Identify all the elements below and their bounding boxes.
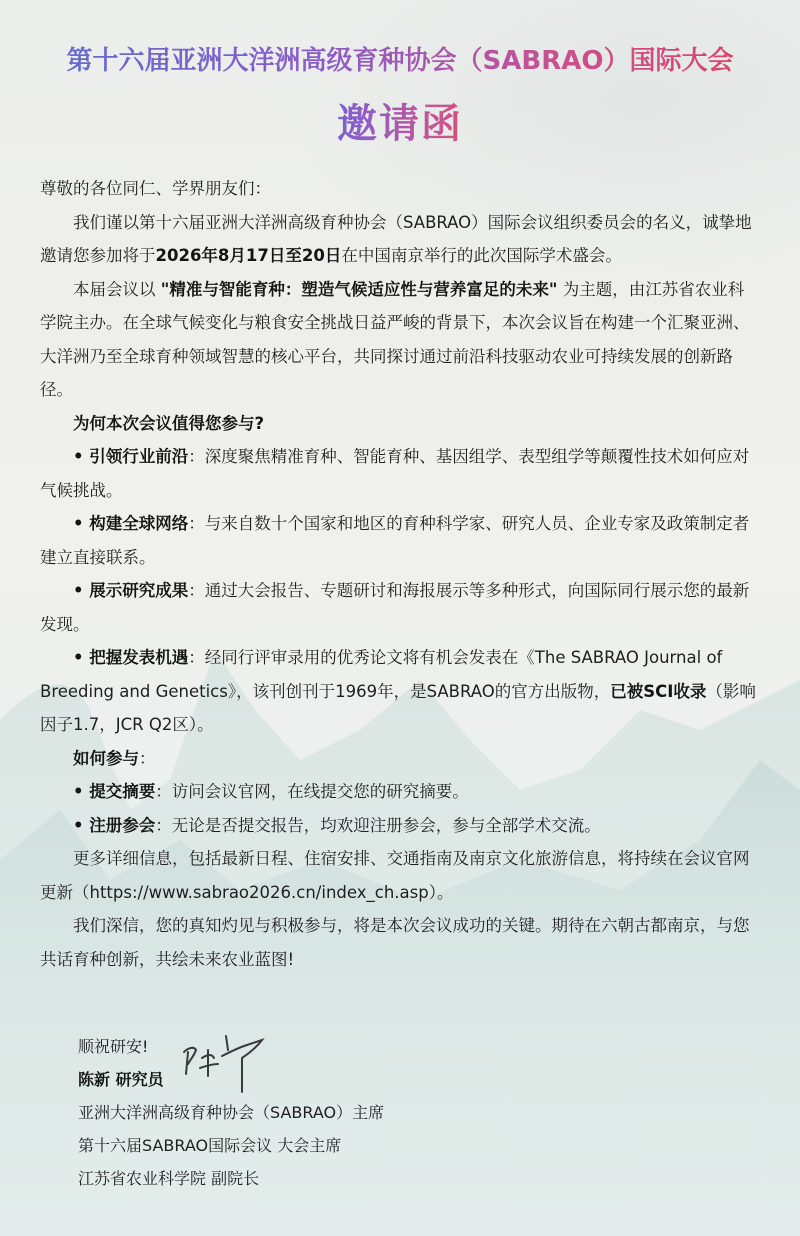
salutation: 尊敬的各位同仁、学界朋友们： xyxy=(40,172,760,206)
conference-theme: "精准与智能育种：塑造气候适应性与营养富足的未来" xyxy=(161,280,558,299)
how-item: • 注册参会：无论是否提交报告，均欢迎注册参会，参与全部学术交流。 xyxy=(40,809,760,843)
how-item: • 提交摘要：访问会议官网，在线提交您的研究摘要。 xyxy=(40,775,760,809)
bullet: • xyxy=(73,648,89,667)
why-item: • 把握发表机遇：经同行评审录用的优秀论文将有机会发表在《The SABRAO … xyxy=(40,641,760,742)
bullet: • xyxy=(73,514,89,533)
more-info-paragraph: 更多详细信息，包括最新日程、住宿安排、交通指南及南京文化旅游信息，将持续在会议官… xyxy=(40,842,760,909)
how-item-label: 提交摘要 xyxy=(89,782,155,801)
bullet: • xyxy=(73,581,89,600)
how-heading: 如何参与： xyxy=(40,742,760,776)
signer-title: 亚洲大洋洲高级育种协会（SABRAO）主席 xyxy=(78,1096,384,1129)
how-item-label: 注册参会 xyxy=(89,816,155,835)
conference-title: 第十六届亚洲大洋洲高级育种协会（SABRAO）国际大会 xyxy=(0,40,800,77)
invitation-letter: 第十六届亚洲大洋洲高级育种协会（SABRAO）国际大会 邀请函 尊敬的各位同仁、… xyxy=(0,0,800,1236)
intro-paragraph: 我们谨以第十六届亚洲大洋洲高级育种协会（SABRAO）国际会议组织委员会的名义，… xyxy=(40,206,760,273)
bullet: • xyxy=(73,782,89,801)
bullet: • xyxy=(73,816,89,835)
why-item: • 引领行业前沿：深度聚焦精准育种、智能育种、基因组学、表型组学等颠覆性技术如何… xyxy=(40,440,760,507)
why-item-label: 把握发表机遇 xyxy=(89,648,188,667)
why-item-label: 展示研究成果 xyxy=(89,581,188,600)
why-item-label: 构建全球网络 xyxy=(89,514,188,533)
closing-paragraph: 我们深信，您的真知灼见与积极参与，将是本次会议成功的关键。期待在六朝古都南京，与… xyxy=(40,909,760,976)
why-item-label: 引领行业前沿 xyxy=(89,447,188,466)
why-item: • 构建全球网络：与来自数十个国家和地区的育种科学家、研究人员、企业专家及政策制… xyxy=(40,507,760,574)
how-item-text: ：无论是否提交报告，均欢迎注册参会，参与全部学术交流。 xyxy=(155,816,601,835)
signer-name-text: 陈新 研究员 xyxy=(78,1070,164,1089)
why-heading-text: 为何本次会议值得您参与? xyxy=(73,414,264,433)
intro-text-end: 在中国南京举行的此次国际学术盛会。 xyxy=(341,246,622,265)
handwritten-signature-icon xyxy=(178,1030,273,1096)
conference-date: 2026年8月17日至20日 xyxy=(156,246,342,265)
sci-indexed: 已被SCI收录 xyxy=(610,682,706,701)
theme-paragraph: 本届会议以 "精准与智能育种：塑造气候适应性与营养富足的未来" 为主题，由江苏省… xyxy=(40,273,760,407)
signer-title: 第十六届SABRAO国际会议 大会主席 xyxy=(78,1129,384,1162)
bullet: • xyxy=(73,447,89,466)
colon: ： xyxy=(139,749,156,768)
signer-title: 江苏省农业科学院 副院长 xyxy=(78,1162,384,1195)
invitation-heading: 邀请函 xyxy=(0,92,800,149)
why-heading: 为何本次会议值得您参与? xyxy=(40,407,760,441)
theme-text: 本届会议以 xyxy=(73,280,161,299)
how-item-text: ：访问会议官网，在线提交您的研究摘要。 xyxy=(155,782,469,801)
letter-body: 尊敬的各位同仁、学界朋友们： 我们谨以第十六届亚洲大洋洲高级育种协会（SABRA… xyxy=(40,172,760,976)
how-heading-text: 如何参与 xyxy=(73,749,139,768)
why-item: • 展示研究成果：通过大会报告、专题研讨和海报展示等多种形式，向国际同行展示您的… xyxy=(40,574,760,641)
